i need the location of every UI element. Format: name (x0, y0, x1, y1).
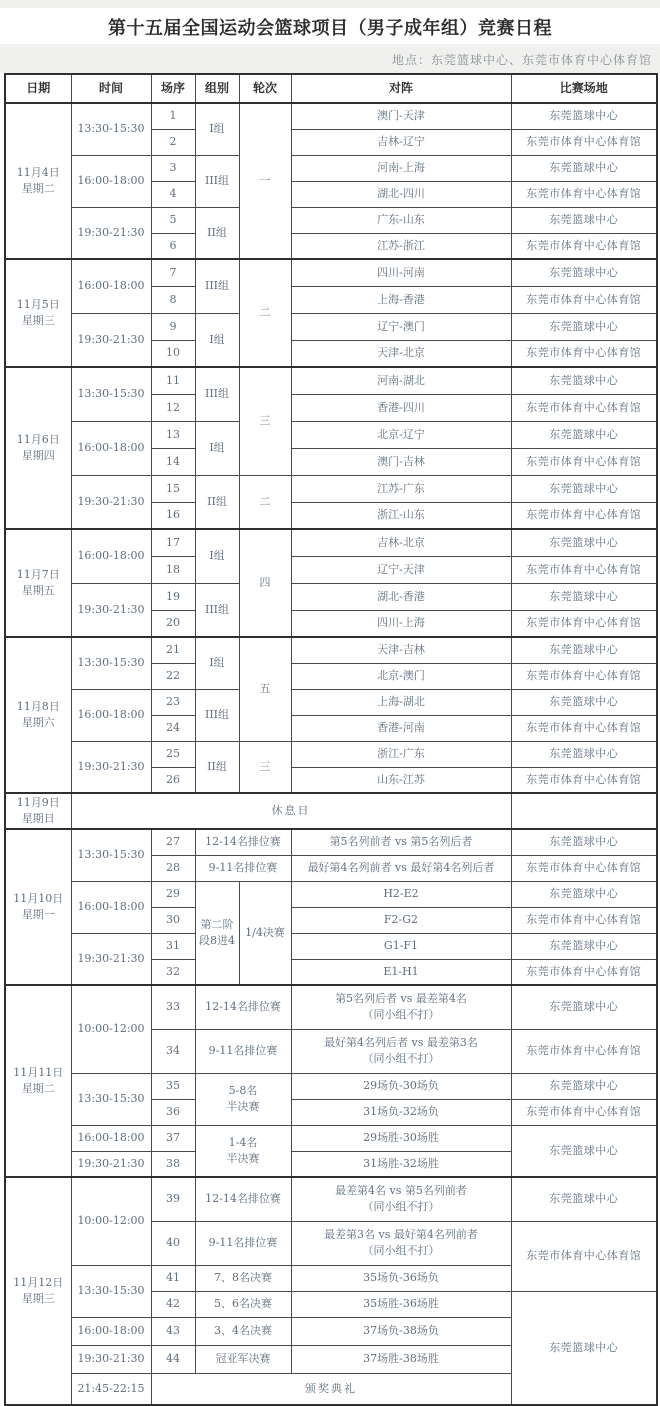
matchup-cell: 澳门-天津 (291, 103, 511, 129)
schedule-table: 日期时间场序组别轮次对阵比赛场地 11月4日 星期二13:30-15:301I组… (4, 73, 658, 1406)
match-number-cell: 32 (151, 959, 195, 985)
group-cell: III组 (195, 259, 239, 313)
match-number-cell: 13 (151, 421, 195, 448)
table-row: 11月4日 星期二13:30-15:301I组一澳门-天津东莞篮球中心 (5, 103, 657, 129)
venue-cell: 东莞市体育中心体育馆 (511, 1099, 657, 1125)
venue-cell: 东莞篮球中心 (511, 259, 657, 286)
group-cell: 12-14名排位赛 (195, 1177, 291, 1221)
venue-cell: 东莞篮球中心 (511, 829, 657, 855)
time-cell: 19:30-21:30 (71, 207, 151, 259)
table-row: 19:30-21:3031G1-F1东莞篮球中心 (5, 933, 657, 959)
time-cell: 16:00-18:00 (71, 529, 151, 583)
group-cell: 冠亚军决赛 (195, 1345, 291, 1373)
match-number-cell: 15 (151, 475, 195, 502)
group-cell: 7、8名决赛 (195, 1265, 291, 1291)
venue-cell: 东莞篮球中心 (511, 475, 657, 502)
group-cell: 5-8名 半决赛 (195, 1073, 291, 1125)
round-cell: 二 (239, 259, 291, 367)
venue-cell: 东莞市体育中心体育馆 (511, 233, 657, 259)
match-number-cell: 40 (151, 1221, 195, 1265)
time-cell: 19:30-21:30 (71, 475, 151, 529)
group-cell: III组 (195, 155, 239, 207)
matchup-cell: 河南-上海 (291, 155, 511, 181)
date-cell: 11月11日 星期二 (5, 985, 71, 1177)
round-cell: 二 (239, 475, 291, 529)
table-row: 19:30-21:3015II组二江苏-广东东莞篮球中心 (5, 475, 657, 502)
date-cell: 11月10日 星期一 (5, 829, 71, 985)
match-number-cell: 27 (151, 829, 195, 855)
matchup-cell: 31场负-32场负 (291, 1099, 511, 1125)
matchup-cell: 江苏-广东 (291, 475, 511, 502)
group-cell: 1-4名 半决赛 (195, 1125, 291, 1177)
match-number-cell: 36 (151, 1099, 195, 1125)
match-number-cell: 26 (151, 767, 195, 793)
venue-cell: 东莞市体育中心体育馆 (511, 448, 657, 475)
time-cell: 10:00-12:00 (71, 985, 151, 1073)
match-number-cell: 31 (151, 933, 195, 959)
venue-cell: 东莞篮球中心 (511, 1125, 657, 1177)
table-row: 19:30-21:3019III组湖北-香港东莞篮球中心 (5, 583, 657, 610)
title-band: 第十五届全国运动会篮球项目（男子成年组）竞赛日程 (0, 8, 660, 44)
match-number-cell: 9 (151, 313, 195, 340)
venue-cell: 东莞市体育中心体育馆 (511, 610, 657, 637)
match-number-cell: 16 (151, 502, 195, 529)
venue-cell: 东莞市体育中心体育馆 (511, 502, 657, 529)
round-cell: 三 (239, 367, 291, 475)
match-number-cell: 7 (151, 259, 195, 286)
match-number-cell: 2 (151, 129, 195, 155)
venue-cell: 东莞篮球中心 (511, 367, 657, 394)
round-cell: 三 (239, 741, 291, 793)
venue-cell: 东莞篮球中心 (511, 421, 657, 448)
table-row: 16:00-18:00371-4名 半决赛29场胜-30场胜东莞篮球中心 (5, 1125, 657, 1151)
matchup-cell: E1-H1 (291, 959, 511, 985)
group-cell: I组 (195, 421, 239, 475)
table-row: 11月10日 星期一13:30-15:302712-14名排位赛第5名列前者 v… (5, 829, 657, 855)
table-row: 13:30-15:30355-8名 半决赛29场负-30场负东莞篮球中心 (5, 1073, 657, 1099)
group-cell: I组 (195, 103, 239, 155)
column-header: 轮次 (239, 74, 291, 103)
matchup-cell: 吉林-北京 (291, 529, 511, 556)
round-cell: 四 (239, 529, 291, 637)
matchup-cell: 四川-上海 (291, 610, 511, 637)
venue-cell (511, 793, 657, 829)
time-cell: 19:30-21:30 (71, 1345, 151, 1373)
group-cell: III组 (195, 689, 239, 741)
date-cell: 11月8日 星期六 (5, 637, 71, 793)
venue-cell: 东莞市体育中心体育馆 (511, 286, 657, 313)
match-number-cell: 1 (151, 103, 195, 129)
time-cell: 19:30-21:30 (71, 741, 151, 793)
group-cell: 12-14名排位赛 (195, 829, 291, 855)
matchup-cell: 北京-辽宁 (291, 421, 511, 448)
matchup-cell: 最好第4名列后者 vs 最差第3名 （同小组不打） (291, 1029, 511, 1073)
match-number-cell: 35 (151, 1073, 195, 1099)
matchup-cell: 最好第4名列前者 vs 最好第4名列后者 (291, 855, 511, 881)
venue-cell: 东莞市体育中心体育馆 (511, 959, 657, 985)
time-cell: 16:00-18:00 (71, 689, 151, 741)
matchup-cell: 最差第3名 vs 最好第4名列前者 （同小组不打） (291, 1221, 511, 1265)
match-number-cell: 11 (151, 367, 195, 394)
column-header: 比赛场地 (511, 74, 657, 103)
time-cell: 16:00-18:00 (71, 1317, 151, 1345)
matchup-cell: 湖北-四川 (291, 181, 511, 207)
matchup-cell: 第5名列后者 vs 最差第4名 （同小组不打） (291, 985, 511, 1029)
table-row: 19:30-21:3025II组三浙江-广东东莞篮球中心 (5, 741, 657, 767)
venue-cell: 东莞篮球中心 (511, 1073, 657, 1099)
matchup-cell: 29场负-30场负 (291, 1073, 511, 1099)
match-number-cell: 37 (151, 1125, 195, 1151)
table-row: 11月11日 星期二10:00-12:003312-14名排位赛第5名列后者 v… (5, 985, 657, 1029)
match-number-cell: 10 (151, 340, 195, 367)
venue-cell: 东莞篮球中心 (511, 155, 657, 181)
match-number-cell: 41 (151, 1265, 195, 1291)
match-number-cell: 17 (151, 529, 195, 556)
matchup-cell: 最差第4名 vs 第5名列前者 （同小组不打） (291, 1177, 511, 1221)
table-row: 11月7日 星期五16:00-18:0017I组四吉林-北京东莞篮球中心 (5, 529, 657, 556)
group-cell: 9-11名排位赛 (195, 1221, 291, 1265)
header-row: 日期时间场序组别轮次对阵比赛场地 (5, 74, 657, 103)
group-cell: I组 (195, 529, 239, 583)
venue-cell: 东莞篮球中心 (511, 313, 657, 340)
time-cell: 13:30-15:30 (71, 1265, 151, 1317)
venue-cell: 东莞市体育中心体育馆 (511, 340, 657, 367)
table-row: 16:00-18:0013I组北京-辽宁东莞篮球中心 (5, 421, 657, 448)
column-header: 场序 (151, 74, 195, 103)
match-number-cell: 44 (151, 1345, 195, 1373)
time-cell: 19:30-21:30 (71, 313, 151, 367)
matchup-cell: 湖北-香港 (291, 583, 511, 610)
matchup-cell: 四川-河南 (291, 259, 511, 286)
table-row: 11月6日 星期四13:30-15:3011III组三河南-湖北东莞篮球中心 (5, 367, 657, 394)
date-cell: 11月9日 星期日 (5, 793, 71, 829)
column-header: 时间 (71, 74, 151, 103)
match-number-cell: 19 (151, 583, 195, 610)
matchup-cell: 31场胜-32场胜 (291, 1151, 511, 1177)
note-cell: 颁奖典礼 (151, 1373, 511, 1405)
matchup-cell: 吉林-辽宁 (291, 129, 511, 155)
match-number-cell: 6 (151, 233, 195, 259)
round-cell: 一 (239, 103, 291, 259)
group-cell: II组 (195, 207, 239, 259)
match-number-cell: 25 (151, 741, 195, 767)
venue-cell: 东莞篮球中心 (511, 881, 657, 907)
page-title: 第十五届全国运动会篮球项目（男子成年组）竞赛日程 (0, 14, 660, 40)
time-cell: 13:30-15:30 (71, 829, 151, 881)
table-row: 16:00-18:0029第二阶段8进41/4决赛H2-E2东莞篮球中心 (5, 881, 657, 907)
match-number-cell: 23 (151, 689, 195, 715)
group-cell: I组 (195, 313, 239, 367)
match-number-cell: 28 (151, 855, 195, 881)
match-number-cell: 4 (151, 181, 195, 207)
matchup-cell: 山东-江苏 (291, 767, 511, 793)
time-cell: 16:00-18:00 (71, 881, 151, 933)
venue-cell: 东莞篮球中心 (511, 207, 657, 233)
column-header: 组别 (195, 74, 239, 103)
date-cell: 11月4日 星期二 (5, 103, 71, 259)
venue-cell: 东莞市体育中心体育馆 (511, 907, 657, 933)
match-number-cell: 5 (151, 207, 195, 233)
match-number-cell: 22 (151, 663, 195, 689)
note-cell: 休息日 (71, 793, 511, 829)
time-cell: 19:30-21:30 (71, 933, 151, 985)
match-number-cell: 21 (151, 637, 195, 663)
matchup-cell: 35场胜-36场胜 (291, 1291, 511, 1317)
match-number-cell: 38 (151, 1151, 195, 1177)
matchup-cell: 江苏-浙江 (291, 233, 511, 259)
group-cell: 3、4名决赛 (195, 1317, 291, 1345)
group-cell: III组 (195, 367, 239, 421)
time-cell: 10:00-12:00 (71, 1177, 151, 1265)
venue-cell: 东莞篮球中心 (511, 103, 657, 129)
top-strip (0, 0, 660, 8)
venue-cell: 东莞市体育中心体育馆 (511, 855, 657, 881)
matchup-cell: 河南-湖北 (291, 367, 511, 394)
table-row: 11月9日 星期日休息日 (5, 793, 657, 829)
matchup-cell: 广东-山东 (291, 207, 511, 233)
match-number-cell: 12 (151, 394, 195, 421)
group-cell: 5、6名决赛 (195, 1291, 291, 1317)
group-cell: 9-11名排位赛 (195, 855, 291, 881)
matchup-cell: 37场胜-38场胜 (291, 1345, 511, 1373)
group-cell: II组 (195, 741, 239, 793)
time-cell: 16:00-18:00 (71, 1125, 151, 1151)
matchup-cell: F2-G2 (291, 907, 511, 933)
venue-cell: 东莞市体育中心体育馆 (511, 715, 657, 741)
table-row: 19:30-21:309I组辽宁-澳门东莞篮球中心 (5, 313, 657, 340)
time-cell: 16:00-18:00 (71, 421, 151, 475)
table-row: 16:00-18:003III组河南-上海东莞篮球中心 (5, 155, 657, 181)
round-cell: 1/4决赛 (239, 881, 291, 985)
match-number-cell: 42 (151, 1291, 195, 1317)
time-cell: 19:30-21:30 (71, 1151, 151, 1177)
time-cell: 21:45-22:15 (71, 1373, 151, 1405)
venue-cell: 东莞市体育中心体育馆 (511, 129, 657, 155)
venue-cell: 东莞市体育中心体育馆 (511, 767, 657, 793)
match-number-cell: 33 (151, 985, 195, 1029)
matchup-cell: 37场负-38场负 (291, 1317, 511, 1345)
matchup-cell: 香港-四川 (291, 394, 511, 421)
venue-cell: 东莞市体育中心体育馆 (511, 1029, 657, 1073)
column-header: 对阵 (291, 74, 511, 103)
date-cell: 11月5日 星期三 (5, 259, 71, 367)
venue-cell: 东莞篮球中心 (511, 529, 657, 556)
group-cell: II组 (195, 475, 239, 529)
table-row: 11月8日 星期六13:30-15:3021I组五天津-吉林东莞篮球中心 (5, 637, 657, 663)
matchup-cell: 香港-河南 (291, 715, 511, 741)
table-row: 19:30-21:305II组广东-山东东莞篮球中心 (5, 207, 657, 233)
match-number-cell: 34 (151, 1029, 195, 1073)
matchup-cell: 浙江-广东 (291, 741, 511, 767)
match-number-cell: 8 (151, 286, 195, 313)
match-number-cell: 20 (151, 610, 195, 637)
date-cell: 11月7日 星期五 (5, 529, 71, 637)
matchup-cell: 辽宁-天津 (291, 556, 511, 583)
venue-cell: 东莞篮球中心 (511, 689, 657, 715)
match-number-cell: 24 (151, 715, 195, 741)
venue-cell: 东莞篮球中心 (511, 985, 657, 1029)
date-cell: 11月6日 星期四 (5, 367, 71, 529)
venue-cell: 东莞市体育中心体育馆 (511, 1221, 657, 1291)
time-cell: 13:30-15:30 (71, 637, 151, 689)
matchup-cell: 浙江-山东 (291, 502, 511, 529)
group-cell: 12-14名排位赛 (195, 985, 291, 1029)
venue-cell: 东莞篮球中心 (511, 1177, 657, 1221)
table-row: 11月12日 星期三10:00-12:003912-14名排位赛最差第4名 vs… (5, 1177, 657, 1221)
match-number-cell: 3 (151, 155, 195, 181)
group-cell: 第二阶段8进4 (195, 881, 239, 985)
round-cell: 五 (239, 637, 291, 741)
location-note: 地点：东莞篮球中心、东莞市体育中心体育馆 (392, 53, 652, 67)
venue-cell: 东莞篮球中心 (511, 637, 657, 663)
matchup-cell: 澳门-吉林 (291, 448, 511, 475)
venue-cell: 东莞篮球中心 (511, 933, 657, 959)
date-cell: 11月12日 星期三 (5, 1177, 71, 1405)
matchup-cell: 天津-北京 (291, 340, 511, 367)
time-cell: 16:00-18:00 (71, 259, 151, 313)
time-cell: 19:30-21:30 (71, 583, 151, 637)
schedule-body: 11月4日 星期二13:30-15:301I组一澳门-天津东莞篮球中心2吉林-辽… (5, 103, 657, 1405)
column-header: 日期 (5, 74, 71, 103)
venue-cell: 东莞市体育中心体育馆 (511, 394, 657, 421)
matchup-cell: 北京-澳门 (291, 663, 511, 689)
matchup-cell: 上海-香港 (291, 286, 511, 313)
venue-cell: 东莞篮球中心 (511, 1291, 657, 1405)
venue-cell: 东莞篮球中心 (511, 583, 657, 610)
time-cell: 16:00-18:00 (71, 155, 151, 207)
match-number-cell: 30 (151, 907, 195, 933)
matchup-cell: G1-F1 (291, 933, 511, 959)
matchup-cell: 辽宁-澳门 (291, 313, 511, 340)
time-cell: 13:30-15:30 (71, 103, 151, 155)
group-cell: III组 (195, 583, 239, 637)
venue-cell: 东莞市体育中心体育馆 (511, 181, 657, 207)
matchup-cell: 第5名列前者 vs 第5名列后者 (291, 829, 511, 855)
match-number-cell: 29 (151, 881, 195, 907)
match-number-cell: 39 (151, 1177, 195, 1221)
match-number-cell: 43 (151, 1317, 195, 1345)
table-row: 16:00-18:0023III组上海-湖北东莞篮球中心 (5, 689, 657, 715)
time-cell: 13:30-15:30 (71, 367, 151, 421)
subtitle-band: 地点：东莞篮球中心、东莞市体育中心体育馆 (0, 44, 660, 73)
match-number-cell: 18 (151, 556, 195, 583)
table-row: 11月5日 星期三16:00-18:007III组二四川-河南东莞篮球中心 (5, 259, 657, 286)
matchup-cell: 天津-吉林 (291, 637, 511, 663)
matchup-cell: 29场胜-30场胜 (291, 1125, 511, 1151)
group-cell: I组 (195, 637, 239, 689)
match-number-cell: 14 (151, 448, 195, 475)
venue-cell: 东莞市体育中心体育馆 (511, 663, 657, 689)
venue-cell: 东莞篮球中心 (511, 741, 657, 767)
matchup-cell: 上海-湖北 (291, 689, 511, 715)
group-cell: 9-11名排位赛 (195, 1029, 291, 1073)
matchup-cell: 35场负-36场负 (291, 1265, 511, 1291)
venue-cell: 东莞市体育中心体育馆 (511, 556, 657, 583)
time-cell: 13:30-15:30 (71, 1073, 151, 1125)
matchup-cell: H2-E2 (291, 881, 511, 907)
